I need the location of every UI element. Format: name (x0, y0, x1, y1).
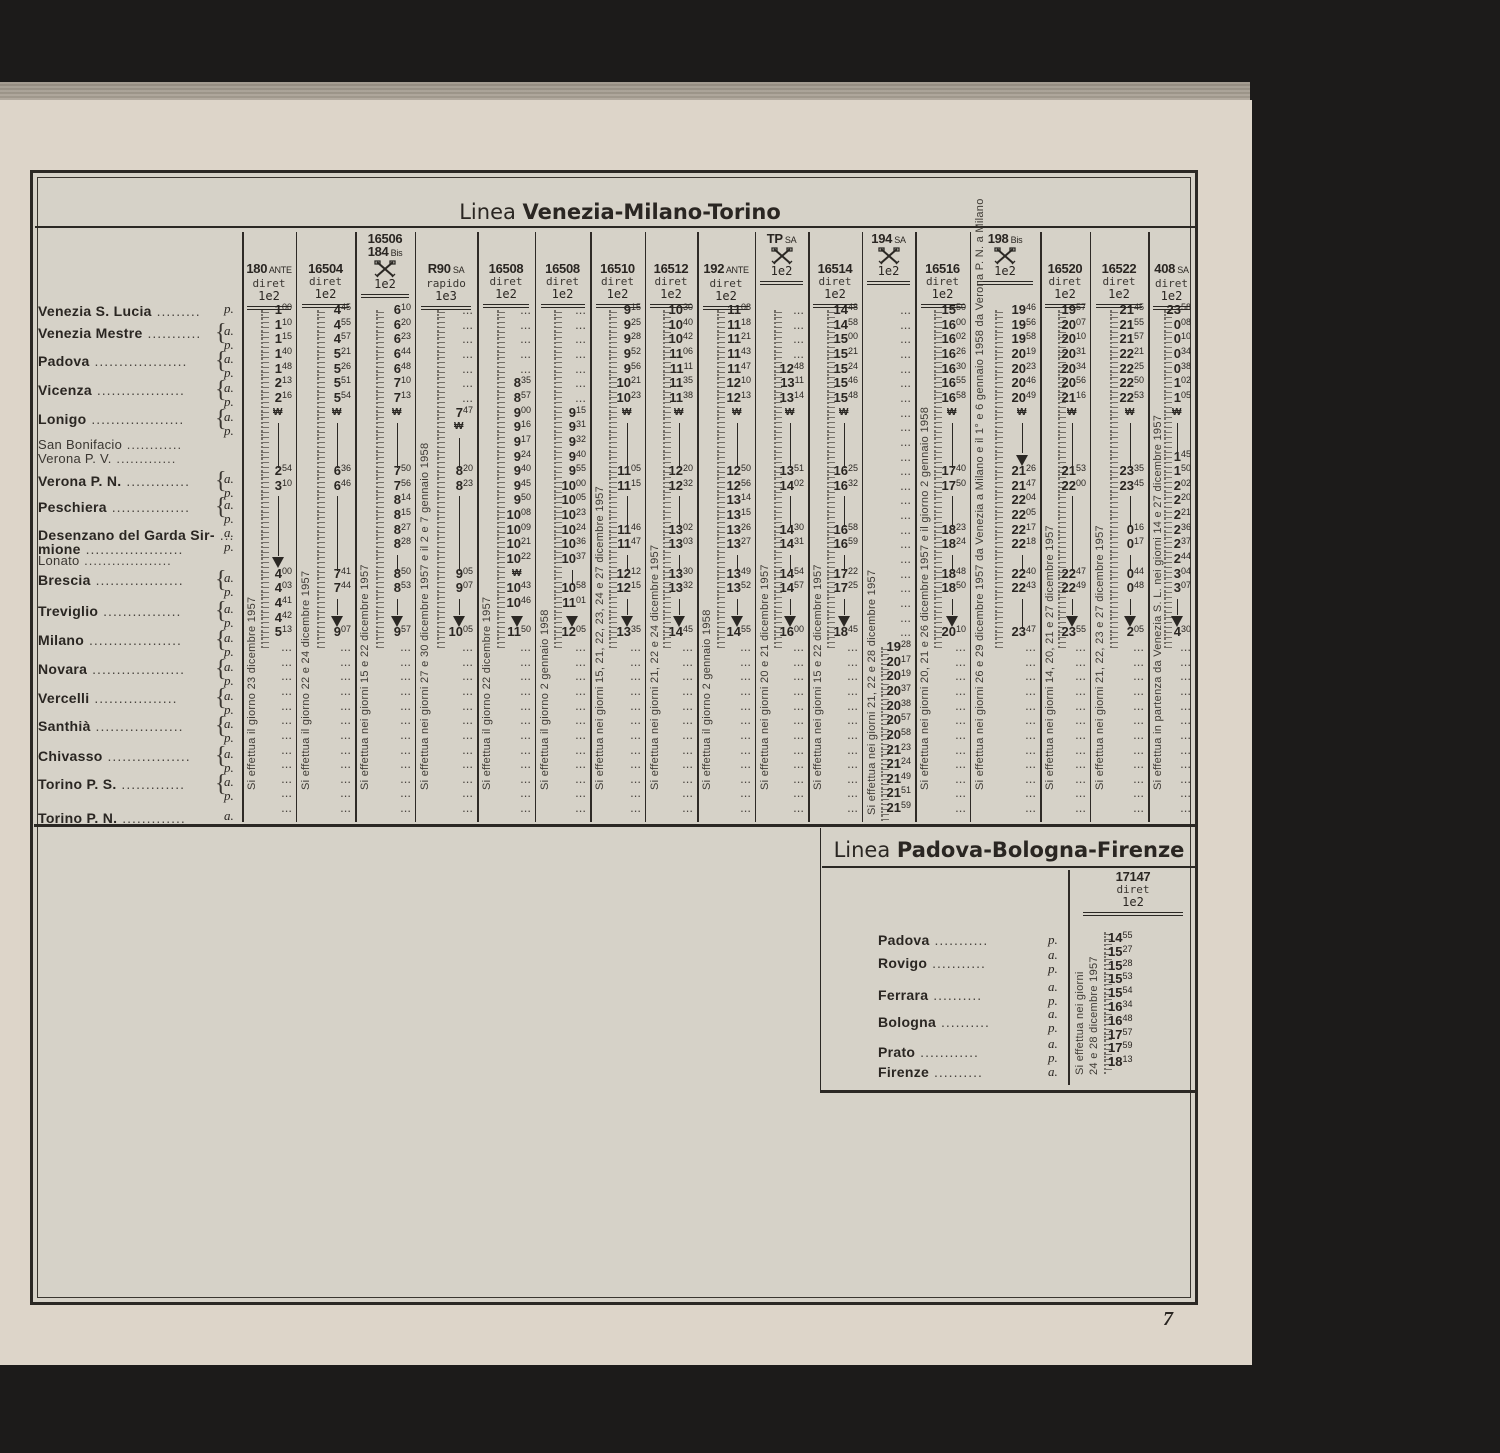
train-header: 194 SA1e2 (862, 232, 915, 285)
brace-glyph: { (215, 774, 227, 794)
train-header: 17147diret1e2 (1070, 870, 1196, 916)
time-cell: 455 (298, 317, 351, 332)
through-line (1130, 423, 1131, 439)
train-class: 1e2 (477, 288, 535, 301)
time-cell: 710 (357, 375, 411, 390)
time-cell: 756 (357, 478, 411, 493)
train-number: 180 ANTE (242, 262, 296, 277)
time-cell: ... (810, 727, 858, 742)
passing-marker-icon: ₩ (273, 407, 282, 418)
time-cell: ... (699, 639, 751, 654)
time-cell: 1349 (699, 566, 751, 581)
time-cell: 1659 (810, 536, 858, 551)
station-name: Lonato ................... (38, 553, 172, 568)
time-cell: 1311 (757, 375, 804, 390)
through-line (278, 438, 279, 454)
time-cell: ... (357, 668, 411, 683)
through-line (278, 423, 279, 439)
header-double-rule (361, 294, 409, 298)
station-name: Venezia Mestre ........... (38, 325, 201, 341)
brace-glyph: { (215, 351, 227, 371)
time-cell: 150 (1150, 463, 1191, 478)
train-class: 1e2 (755, 265, 808, 278)
time-cell: 1314 (757, 390, 804, 405)
time-cell: ... (864, 492, 911, 507)
time-cell: 441 (244, 595, 292, 610)
time-cell: ... (1150, 771, 1191, 786)
through-line (952, 599, 953, 615)
time-cell: ... (417, 785, 473, 800)
brace-glyph: { (215, 688, 227, 708)
time-cell: 1023 (592, 390, 641, 405)
time-cell: 442 (244, 610, 292, 625)
train-header: TP SA1e2 (755, 232, 808, 285)
time-cell: ... (417, 361, 473, 376)
time-cell: 957 (357, 624, 411, 639)
time-cell: ... (592, 771, 641, 786)
time-cell: 1121 (699, 331, 751, 346)
time-cell: 304 (1150, 566, 1191, 581)
time-cell: 636 (298, 463, 351, 478)
time-cell: 457 (298, 331, 351, 346)
time-cell: ... (864, 624, 911, 639)
through-line (737, 599, 738, 615)
station-name: Santhià .................. (38, 718, 184, 734)
time-cell: 1036 (537, 536, 586, 551)
time-cell: 1248 (757, 361, 804, 376)
time-cell: ... (757, 346, 804, 361)
time-cell: ... (972, 683, 1036, 698)
time-cell: ... (699, 727, 751, 742)
time-cell: 1256 (699, 478, 751, 493)
time-cell: ... (647, 727, 693, 742)
passing-marker-icon: ₩ (947, 407, 956, 418)
time-cell: ... (1092, 683, 1144, 698)
column-divider (862, 232, 863, 822)
time-cell: ... (864, 580, 911, 595)
time-cell: ... (479, 756, 531, 771)
time-cell: 220 (1150, 492, 1191, 507)
leader-dots: .......... (928, 987, 982, 1003)
time-cell: ... (757, 302, 804, 317)
time-cell: ... (699, 712, 751, 727)
column-divider (1090, 232, 1091, 822)
station-label: Verona P. N. (38, 473, 122, 489)
time-cell: ... (417, 639, 473, 654)
time-cell: 1823 (917, 522, 966, 537)
time-cell: 2218 (972, 536, 1036, 551)
time-cell: 917 (479, 434, 531, 449)
time-cell: ... (537, 742, 586, 757)
train-number: 17147 (1070, 870, 1196, 883)
time-cell: 1928 (864, 639, 911, 654)
time-cell: ... (244, 800, 292, 815)
through-line (337, 540, 338, 556)
time-cell: ... (647, 654, 693, 669)
passing-marker-icon: ₩ (785, 407, 794, 418)
station-label: Novara (38, 661, 87, 677)
time-cell: ... (1042, 785, 1086, 800)
time-cell: ... (972, 800, 1036, 815)
time-cell: ... (647, 756, 693, 771)
time-cell: ... (592, 785, 641, 800)
time-cell: 2017 (864, 654, 911, 669)
brace-glyph: { (215, 746, 227, 766)
time-cell: 140 (244, 346, 292, 361)
time-cell: 1220 (647, 463, 693, 478)
train-class: 1e2 (590, 288, 645, 301)
through-line (844, 438, 845, 454)
time-cell: ... (917, 698, 966, 713)
time-cell: 915 (592, 302, 641, 317)
title-prefix: Linea (459, 200, 516, 224)
time-cell: 2153 (1042, 463, 1086, 478)
time-cell: 1658 (810, 522, 858, 537)
time-cell: ... (537, 375, 586, 390)
time-cell: ... (972, 756, 1036, 771)
time-cell: ... (917, 756, 966, 771)
time-cell: ... (699, 683, 751, 698)
time-cell: ... (917, 742, 966, 757)
time-cell: ... (647, 800, 693, 815)
passing-marker-icon: ₩ (732, 407, 741, 418)
through-line (627, 423, 628, 439)
time-cell: 105 (1150, 390, 1191, 405)
header-double-rule (1083, 912, 1184, 916)
time-cell: 1402 (757, 478, 804, 493)
time-cell: 1138 (647, 390, 693, 405)
station-name: Rovigo ........... (878, 955, 986, 971)
time-cell: ... (537, 390, 586, 405)
time-cell: 148 (244, 361, 292, 376)
time-cell: 1458 (810, 317, 858, 332)
time-cell: ... (244, 785, 292, 800)
time-cell: 620 (357, 317, 411, 332)
time-cell: 1554 (1108, 985, 1152, 1000)
time-cell: 956 (592, 361, 641, 376)
time-cell: ... (647, 683, 693, 698)
brace-glyph: { (215, 497, 227, 517)
time-cell: ... (1092, 800, 1144, 815)
time-cell: ... (1042, 654, 1086, 669)
time-cell: ... (298, 683, 351, 698)
passing-marker-icon: ₩ (1172, 407, 1181, 418)
time-cell: ... (244, 639, 292, 654)
through-line (952, 496, 953, 512)
through-line (278, 511, 279, 527)
service-note: 24 e 28 dicembre 1957 (1088, 956, 1100, 1075)
time-cell: ... (864, 405, 911, 420)
time-cell: ... (757, 800, 804, 815)
station-name: Peschiera ................ (38, 499, 190, 515)
time-cell: ... (864, 302, 911, 317)
leader-dots: ................... (84, 632, 182, 648)
station-label: Rovigo (878, 955, 927, 971)
through-line (1072, 526, 1073, 542)
time-cell: 1630 (917, 361, 966, 376)
time-cell: 916 (479, 419, 531, 434)
time-cell: ... (917, 668, 966, 683)
time-cell: ... (298, 698, 351, 713)
time-cell: ... (244, 727, 292, 742)
time-cell: ... (357, 639, 411, 654)
train-class: 1e2 (645, 288, 697, 301)
time-cell: 1335 (592, 624, 641, 639)
time-cell: ... (699, 742, 751, 757)
time-cell: ... (537, 785, 586, 800)
time-cell: 1106 (647, 346, 693, 361)
brace-glyph: { (215, 323, 227, 343)
time-cell: 900 (479, 405, 531, 420)
time-cell: 610 (357, 302, 411, 317)
time-cell: ... (417, 727, 473, 742)
through-line (737, 423, 738, 439)
main-table-title: Linea Venezia-Milano-Torino (440, 200, 800, 224)
time-cell: 1431 (757, 536, 804, 551)
time-cell: ... (592, 727, 641, 742)
time-cell: 1315 (699, 507, 751, 522)
time-cell: ... (298, 785, 351, 800)
time-cell: ... (699, 668, 751, 683)
time-cell: 744 (298, 580, 351, 595)
time-cell: ... (757, 727, 804, 742)
through-line (1022, 599, 1023, 615)
time-cell: 048 (1092, 580, 1144, 595)
leader-dots: ........... (927, 955, 986, 971)
time-cell: ... (864, 478, 911, 493)
time-cell: ... (757, 683, 804, 698)
through-line (790, 496, 791, 512)
train-number: 16512 (645, 262, 697, 275)
time-cell: 1625 (810, 463, 858, 478)
time-cell: 202 (1150, 478, 1191, 493)
time-cell: 1553 (1108, 971, 1152, 986)
time-cell: 2358 (1150, 302, 1191, 317)
column-divider (535, 232, 536, 822)
time-cell: ... (917, 785, 966, 800)
time-cell: ... (417, 683, 473, 698)
time-cell: ... (244, 756, 292, 771)
time-cell: ... (417, 375, 473, 390)
leader-dots: ................... (90, 353, 188, 369)
time-cell: 1521 (810, 346, 858, 361)
time-cell: 648 (357, 361, 411, 376)
time-cell: 750 (357, 463, 411, 478)
column-divider (296, 232, 297, 822)
time-cell: ... (647, 668, 693, 683)
time-cell: 2126 (972, 463, 1036, 478)
time-cell: ... (917, 727, 966, 742)
time-cell: 1352 (699, 580, 751, 595)
through-line (278, 526, 279, 542)
time-cell: 1454 (757, 566, 804, 581)
leader-dots: ................. (103, 748, 191, 764)
time-cell: 2240 (972, 566, 1036, 581)
through-line (737, 438, 738, 454)
time-cell: ... (592, 712, 641, 727)
time-cell: ... (1092, 727, 1144, 742)
time-cell: ... (972, 639, 1036, 654)
time-cell: 2019 (972, 346, 1036, 361)
time-cell: 1757 (1108, 1027, 1152, 1042)
time-cell: ... (1042, 683, 1086, 698)
leader-dots: ................... (80, 553, 172, 568)
through-line (627, 438, 628, 454)
page-number: 7 (1163, 1308, 1173, 1331)
time-cell: ... (479, 302, 531, 317)
station-label: Treviglio (38, 603, 98, 619)
time-cell: 1528 (1108, 958, 1152, 973)
time-cell: 2243 (972, 580, 1036, 595)
time-cell: 1250 (699, 463, 751, 478)
time-cell: 2204 (972, 492, 1036, 507)
time-cell: 2345 (1092, 478, 1144, 493)
passing-marker-icon: ₩ (332, 407, 341, 418)
time-cell: 1457 (757, 580, 804, 595)
time-cell: ... (810, 785, 858, 800)
time-cell: 915 (537, 405, 586, 420)
time-cell: ... (864, 390, 911, 405)
through-line (790, 599, 791, 615)
time-cell: 1455 (1108, 930, 1152, 945)
time-cell: 2155 (1092, 317, 1144, 332)
time-cell: 2151 (864, 785, 911, 800)
line-name: Padova-Bologna-Firenze (897, 838, 1185, 862)
time-cell: ... (864, 522, 911, 537)
time-cell: ... (972, 727, 1036, 742)
time-cell: ... (479, 698, 531, 713)
time-cell: 2253 (1092, 390, 1144, 405)
time-cell: ... (757, 785, 804, 800)
station-label: Ferrara (878, 987, 928, 1003)
through-line (397, 423, 398, 439)
time-cell: 2057 (864, 712, 911, 727)
time-cell: ... (417, 742, 473, 757)
station-name: Bologna .......... (878, 1014, 990, 1030)
train-number: TP SA (755, 232, 808, 247)
passing-marker-icon: ₩ (392, 407, 401, 418)
time-cell: 1845 (810, 624, 858, 639)
time-cell: ... (298, 668, 351, 683)
time-cell: 1722 (810, 566, 858, 581)
time-cell: 1005 (417, 624, 473, 639)
time-cell: ... (298, 800, 351, 815)
station-label: Peschiera (38, 499, 107, 515)
time-cell: ... (298, 654, 351, 669)
time-cell: 940 (537, 449, 586, 464)
time-cell: 2124 (864, 756, 911, 771)
brace-glyph: { (215, 659, 227, 679)
time-cell: ... (1042, 727, 1086, 742)
time-cell: ... (298, 756, 351, 771)
time-cell: ... (592, 742, 641, 757)
time-cell: 1021 (479, 536, 531, 551)
through-line (844, 496, 845, 512)
time-cell: ... (810, 800, 858, 815)
through-line (1022, 423, 1023, 439)
time-cell: ... (917, 771, 966, 786)
time-cell: 1626 (917, 346, 966, 361)
passing-marker-icon: ₩ (512, 568, 521, 579)
arrival-departure-marker: p. (1048, 961, 1058, 977)
time-cell: ... (757, 668, 804, 683)
time-cell: 1212 (592, 566, 641, 581)
time-cell: 034 (1150, 346, 1191, 361)
station-name: Padova ........... (878, 932, 988, 948)
time-cell: 907 (298, 624, 351, 639)
time-cell: 2225 (1092, 361, 1144, 376)
time-cell: ... (972, 698, 1036, 713)
time-cell: ... (357, 771, 411, 786)
time-cell: 205 (1092, 624, 1144, 639)
time-cell: ... (537, 331, 586, 346)
time-cell: 1550 (917, 302, 966, 317)
time-cell: ... (810, 683, 858, 698)
time-cell: 2010 (917, 624, 966, 639)
through-line (1177, 423, 1178, 439)
time-cell: ... (647, 742, 693, 757)
time-cell: ... (757, 698, 804, 713)
time-cell: ... (864, 610, 911, 625)
time-cell: ... (244, 771, 292, 786)
time-cell: 236 (1150, 522, 1191, 537)
time-cell: ... (537, 771, 586, 786)
time-cell: ... (592, 800, 641, 815)
header-double-rule (867, 281, 909, 285)
through-line (790, 423, 791, 439)
station-label: San Bonifacio (38, 437, 122, 452)
time-cell: ... (479, 654, 531, 669)
time-cell: 1725 (810, 580, 858, 595)
time-cell: ... (537, 683, 586, 698)
time-cell: 2058 (864, 727, 911, 742)
station-name: Torino P. S. ............. (38, 776, 185, 792)
station-name: Vercelli ................. (38, 690, 177, 706)
time-cell: 646 (298, 478, 351, 493)
brace-glyph: { (215, 409, 227, 429)
time-cell: ... (810, 712, 858, 727)
through-line (1072, 496, 1073, 512)
station-name: Lonigo ................... (38, 411, 184, 427)
leader-dots: ............ (122, 437, 182, 452)
time-cell: 310 (244, 478, 292, 493)
time-cell: ... (917, 800, 966, 815)
station-label: Prato (878, 1044, 915, 1060)
time-cell: ... (537, 712, 586, 727)
title-rule (35, 226, 1195, 228)
time-cell: ... (1150, 698, 1191, 713)
leader-dots: .................. (91, 572, 184, 588)
title-prefix: Linea (834, 838, 891, 862)
time-cell: 827 (357, 522, 411, 537)
time-cell: ... (864, 551, 911, 566)
time-cell: 835 (479, 375, 531, 390)
time-cell: ... (1150, 727, 1191, 742)
time-cell: 2049 (972, 390, 1036, 405)
time-cell: ... (864, 331, 911, 346)
time-cell: ... (757, 639, 804, 654)
time-cell: 551 (298, 375, 351, 390)
time-cell: 1527 (1108, 944, 1152, 959)
time-cell: 1648 (1108, 1013, 1152, 1028)
time-cell: ... (479, 771, 531, 786)
passing-marker-icon: ₩ (622, 407, 631, 418)
through-line (459, 438, 460, 454)
leader-dots: ........... (930, 932, 989, 948)
time-cell: ... (357, 727, 411, 742)
time-cell: 2157 (1092, 331, 1144, 346)
time-cell: ... (864, 463, 911, 478)
